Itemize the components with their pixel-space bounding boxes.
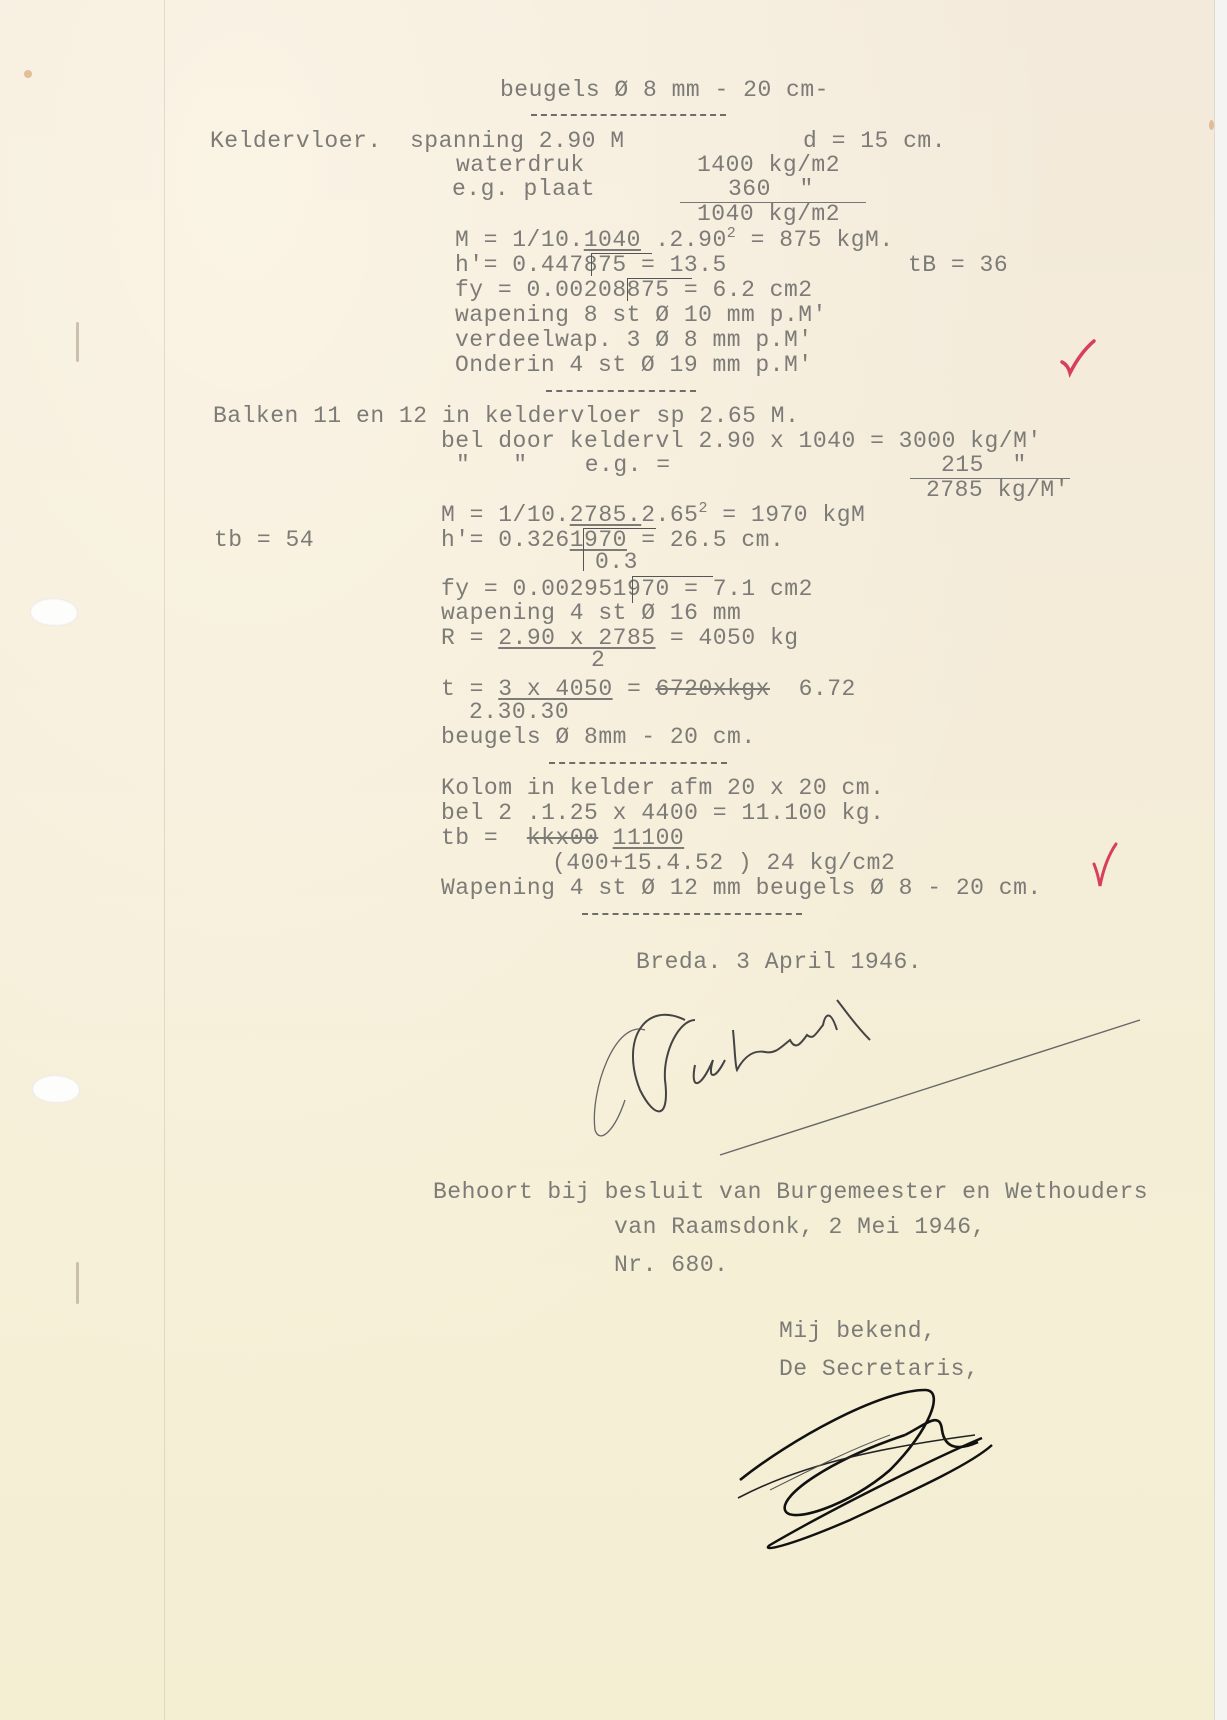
punch-hole bbox=[30, 598, 78, 626]
pin-mark bbox=[76, 322, 79, 362]
balken-fy-formula: fy = 0.002951970 = 7.1 cm2 bbox=[441, 577, 813, 601]
verdeelwap-line: verdeelwap. 3 Ø 8 mm p.M' bbox=[455, 328, 813, 352]
balken-net-value: 2785 kg/M' bbox=[926, 478, 1069, 502]
approval-line-2: van Raamsdonk, 2 Mei 1946, bbox=[614, 1215, 986, 1239]
moment-formula: M = 1/10.1040 .2.902 = 875 kgM. bbox=[455, 228, 894, 252]
sqrt-symbol bbox=[632, 576, 713, 603]
kolom-wapening-line: Wapening 4 st Ø 12 mm beugels Ø 8 - 20 c… bbox=[441, 876, 1042, 900]
kolom-tb-denominator: (400+15.4.52 ) 24 kg/cm2 bbox=[552, 851, 895, 875]
fold-line bbox=[164, 0, 165, 1720]
balken-eg-line: " " e.g. = bbox=[456, 453, 671, 477]
kolom-tb-formula: tb = kkx00 11100 bbox=[441, 826, 684, 850]
secretary-signature bbox=[730, 1380, 1000, 1560]
secretary-line-2: De Secretaris, bbox=[779, 1357, 979, 1381]
balken-moment-formula: M = 1/10.2785.2.652 = 1970 kgM bbox=[441, 503, 865, 527]
balken-h-denominator: 0.3 bbox=[595, 550, 638, 574]
reaction-denominator: 2 bbox=[591, 648, 605, 672]
section-divider bbox=[531, 114, 726, 116]
header-line: beugels Ø 8 mm - 20 cm- bbox=[500, 78, 829, 102]
stain bbox=[24, 70, 32, 78]
onderin-line: Onderin 4 st Ø 19 mm p.M' bbox=[455, 353, 813, 377]
red-check-mark-icon bbox=[1058, 338, 1098, 378]
sqrt-symbol bbox=[627, 278, 692, 301]
secretary-line-1: Mij bekend, bbox=[779, 1319, 936, 1343]
kolom-title: Kolom in kelder afm 20 x 20 cm. bbox=[441, 776, 884, 800]
red-check-mark-icon bbox=[1090, 838, 1120, 893]
document-page: beugels Ø 8 mm - 20 cm- Keldervloer. spa… bbox=[0, 0, 1214, 1720]
kolom-load-line: bel 2 .1.25 x 4400 = 11.100 kg. bbox=[441, 801, 884, 825]
approval-line-1: Behoort bij besluit van Burgemeester en … bbox=[433, 1180, 1148, 1204]
section-divider bbox=[549, 762, 727, 764]
shear-denominator: 2.30.30 bbox=[469, 700, 569, 724]
pin-mark bbox=[76, 1262, 79, 1304]
keldervloer-thickness: d = 15 cm. bbox=[803, 129, 946, 153]
punch-hole bbox=[32, 1075, 80, 1103]
eg-plaat-label: e.g. plaat bbox=[452, 177, 595, 201]
balken-wapening-line: wapening 4 st Ø 16 mm bbox=[441, 601, 741, 625]
tB-value: tB = 36 bbox=[908, 253, 1008, 277]
balken-beugels-line: beugels Ø 8mm - 20 cm. bbox=[441, 725, 756, 749]
engineer-signature bbox=[585, 980, 1145, 1160]
balken-title: Balken 11 en 12 in keldervloer sp 2.65 M… bbox=[213, 404, 799, 428]
wapening-line: wapening 8 st Ø 10 mm p.M' bbox=[455, 303, 827, 327]
balken-load-line: bel door keldervl 2.90 x 1040 = 3000 kg/… bbox=[441, 429, 1042, 453]
keldervloer-spanning: spanning 2.90 M bbox=[410, 129, 625, 153]
waterdruk-label: waterdruk bbox=[456, 153, 585, 177]
reaction-formula: R = 2.90 x 2785 = 4050 kg bbox=[441, 626, 799, 650]
sqrt-symbol bbox=[591, 253, 652, 276]
stain bbox=[1209, 120, 1214, 130]
eg-plaat-value: 360 " bbox=[728, 177, 814, 201]
shear-formula: t = 3 x 4050 = 6720xkgx 6.72 bbox=[441, 677, 856, 701]
net-load-value: 1040 kg/m2 bbox=[697, 202, 840, 226]
place-date: Breda. 3 April 1946. bbox=[636, 950, 922, 974]
approval-line-3: Nr. 680. bbox=[614, 1253, 728, 1277]
waterdruk-value: 1400 kg/m2 bbox=[697, 153, 840, 177]
keldervloer-title: Keldervloer. bbox=[210, 129, 382, 153]
tb-value: tb = 54 bbox=[214, 528, 314, 552]
balken-eg-value: 215 " bbox=[941, 453, 1027, 477]
section-divider bbox=[546, 390, 696, 392]
section-divider bbox=[582, 913, 802, 915]
